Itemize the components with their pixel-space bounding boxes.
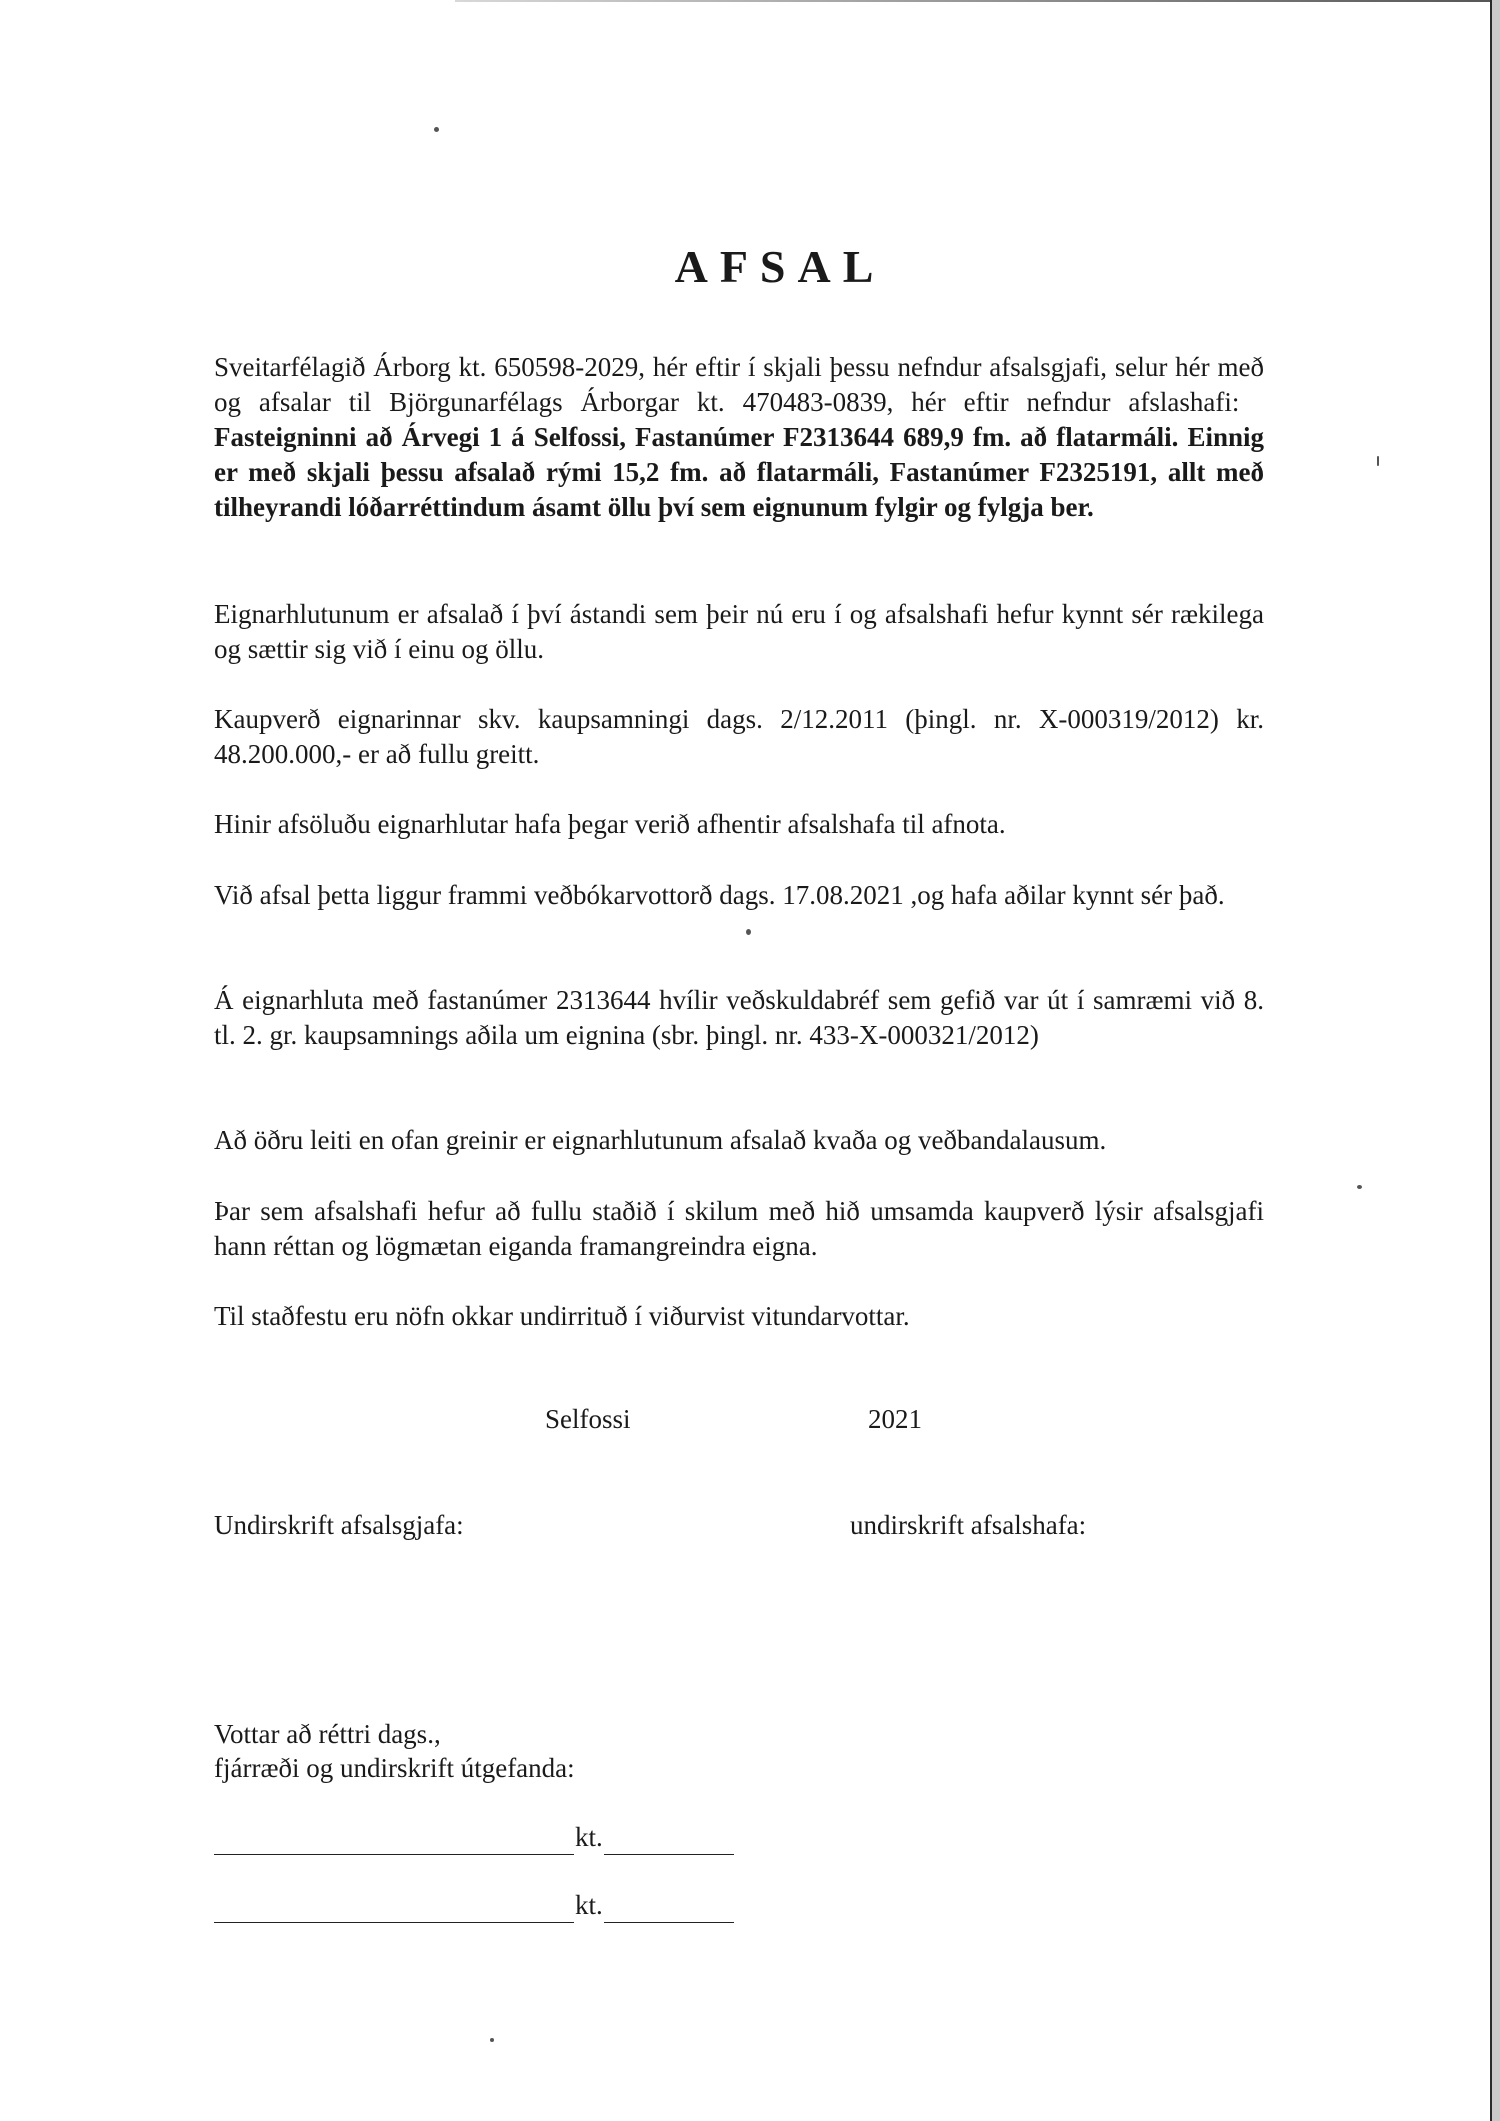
paragraph-price: Kaupverð eignarinnar skv. kaupsamningi d… [214, 702, 1264, 772]
witness-line-1: Vottar að réttri dags., [214, 1717, 575, 1751]
paragraph-confirmation: Til staðfestu eru nöfn okkar undirrituð … [214, 1299, 1264, 1334]
signing-place: Selfossi [545, 1402, 631, 1437]
scan-speck [490, 2038, 494, 2042]
paragraph-parties: Sveitarfélagið Árborg kt. 650598-2029, h… [214, 350, 1264, 525]
scan-speck [746, 929, 751, 935]
paragraph-property-description: Fasteigninni að Árvegi 1 á Selfossi, Fas… [214, 422, 1264, 522]
witness-signature-line-1: kt. [214, 1820, 734, 1855]
witness-1-kt-label: kt. [574, 1820, 604, 1855]
scan-edge-top [455, 0, 1500, 2]
scan-speck [1357, 1185, 1362, 1189]
witness-2-kt-label: kt. [574, 1888, 604, 1923]
seller-signature-label: Undirskrift afsalsgjafa: [214, 1508, 464, 1543]
witness-2-kt-blank[interactable] [604, 1894, 734, 1923]
document-title: AFSAL [0, 240, 1500, 293]
witness-block: Vottar að réttri dags., fjárræði og undi… [214, 1717, 575, 1785]
paragraph-ownership: Þar sem afsalshafi hefur að fullu staðið… [214, 1194, 1264, 1264]
scan-edge-right-strip [1492, 0, 1500, 2121]
witness-2-signature-blank[interactable] [214, 1894, 574, 1923]
witness-1-kt-blank[interactable] [604, 1826, 734, 1855]
paragraph-condition: Eignarhlutunum er afsalað í því ástandi … [214, 597, 1264, 667]
signing-year: 2021 [868, 1402, 922, 1437]
paragraph-encumbrance: Að öðru leiti en ofan greinir er eignarh… [214, 1123, 1264, 1158]
paragraph-handover: Hinir afsöluðu eignarhlutar hafa þegar v… [214, 807, 1264, 842]
buyer-signature-label: undirskrift afsalshafa: [850, 1508, 1086, 1543]
witness-line-2: fjárræði og undirskrift útgefanda: [214, 1751, 575, 1785]
paragraph-parties-text: Sveitarfélagið Árborg kt. 650598-2029, h… [214, 352, 1264, 417]
paragraph-mortgage: Á eignarhluta með fastanúmer 2313644 hví… [214, 983, 1264, 1053]
witness-1-signature-blank[interactable] [214, 1826, 574, 1855]
witness-signature-line-2: kt. [214, 1888, 734, 1923]
scan-speck [1377, 456, 1379, 466]
scanned-page: AFSAL Sveitarfélagið Árborg kt. 650598-2… [0, 0, 1500, 2121]
paragraph-certificate: Við afsal þetta liggur frammi veðbókarvo… [214, 878, 1264, 913]
scan-edge-right-line [1490, 0, 1492, 2121]
scan-speck [434, 127, 439, 132]
